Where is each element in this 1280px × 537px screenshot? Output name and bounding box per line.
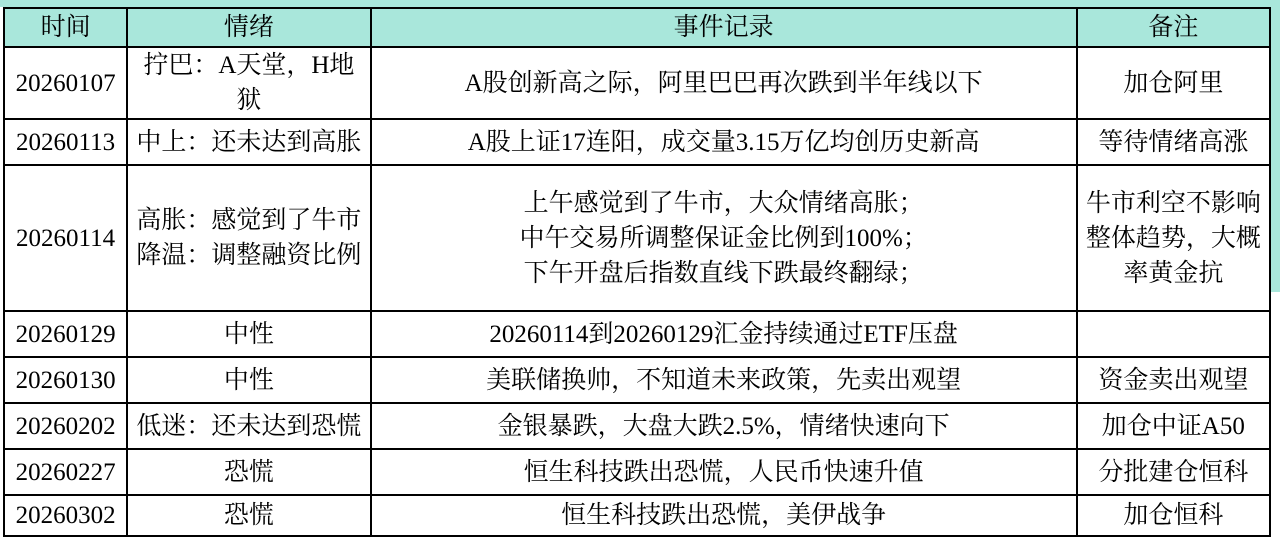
cell-note: 分批建仓恒科 [1077,449,1270,495]
cell-time: 20260107 [4,47,127,119]
col-header-note: 备注 [1077,8,1270,47]
cell-emotion: 中上：还未达到高胀 [127,119,370,165]
col-header-emotion: 情绪 [127,8,370,47]
cell-note [1077,311,1270,357]
col-header-event: 事件记录 [371,8,1077,47]
table-row: 20260129 中性 20260114到20260129汇金持续通过ETF压盘 [4,311,1270,357]
table-row: 20260113 中上：还未达到高胀 A股上证17连阳，成交量3.15万亿均创历… [4,119,1270,165]
table-row: 20260302 恐慌 恒生科技跌出恐慌，美伊战争 加仓恒科 [4,495,1270,530]
cell-emotion: 恐慌 [127,449,370,495]
cell-event: A股创新高之际，阿里巴巴再次跌到半年线以下 [371,47,1077,119]
cell-time: 20260227 [4,449,127,495]
cell-time: 20260202 [4,403,127,449]
cell-event: A股上证17连阳，成交量3.15万亿均创历史新高 [371,119,1077,165]
cell-emotion: 拧巴：A天堂，H地狱 [127,47,370,119]
cell-time: 20260302 [4,495,127,530]
cell-emotion: 恐慌 [127,495,370,530]
cell-event: 20260114到20260129汇金持续通过ETF压盘 [371,311,1077,357]
cell-event: 上午感觉到了牛市，大众情绪高胀； 中午交易所调整保证金比例到100%； 下午开盘… [371,165,1077,311]
col-header-time: 时间 [4,8,127,47]
cell-time: 20260114 [4,165,127,311]
cell-time: 20260130 [4,357,127,403]
cell-note: 加仓恒科 [1077,495,1270,530]
cell-note: 加仓中证A50 [1077,403,1270,449]
table-row: 20260130 中性 美联储换帅，不知道未来政策，先卖出观望 资金卖出观望 [4,357,1270,403]
cell-note: 牛市利空不影响整体趋势，大概率黄金抗 [1077,165,1270,311]
cell-event: 恒生科技跌出恐慌，人民币快速升值 [371,449,1077,495]
cell-event: 恒生科技跌出恐慌，美伊战争 [371,495,1077,530]
cell-event: 美联储换帅，不知道未来政策，先卖出观望 [371,357,1077,403]
top-margin-strip [0,0,1280,7]
cell-time: 20260113 [4,119,127,165]
cell-event: 金银暴跌，大盘大跌2.5%，情绪快速向下 [371,403,1077,449]
header-row: 时间 情绪 事件记录 备注 [4,8,1270,47]
sentiment-log-table: 时间 情绪 事件记录 备注 20260107 拧巴：A天堂，H地狱 A股创新高之… [3,7,1271,530]
cell-note: 资金卖出观望 [1077,357,1270,403]
cell-note: 加仓阿里 [1077,47,1270,119]
cell-emotion: 中性 [127,311,370,357]
cell-note: 等待情绪高涨 [1077,119,1270,165]
right-margin-strip [1271,0,1280,292]
table-row: 20260114 高胀：感觉到了牛市 降温：调整融资比例 上午感觉到了牛市，大众… [4,165,1270,311]
table-row: 20260107 拧巴：A天堂，H地狱 A股创新高之际，阿里巴巴再次跌到半年线以… [4,47,1270,119]
table-row: 20260202 低迷：还未达到恐慌 金银暴跌，大盘大跌2.5%，情绪快速向下 … [4,403,1270,449]
cell-emotion: 低迷：还未达到恐慌 [127,403,370,449]
cell-emotion: 高胀：感觉到了牛市 降温：调整融资比例 [127,165,370,311]
cell-time: 20260129 [4,311,127,357]
cell-emotion: 中性 [127,357,370,403]
table-row: 20260227 恐慌 恒生科技跌出恐慌，人民币快速升值 分批建仓恒科 [4,449,1270,495]
